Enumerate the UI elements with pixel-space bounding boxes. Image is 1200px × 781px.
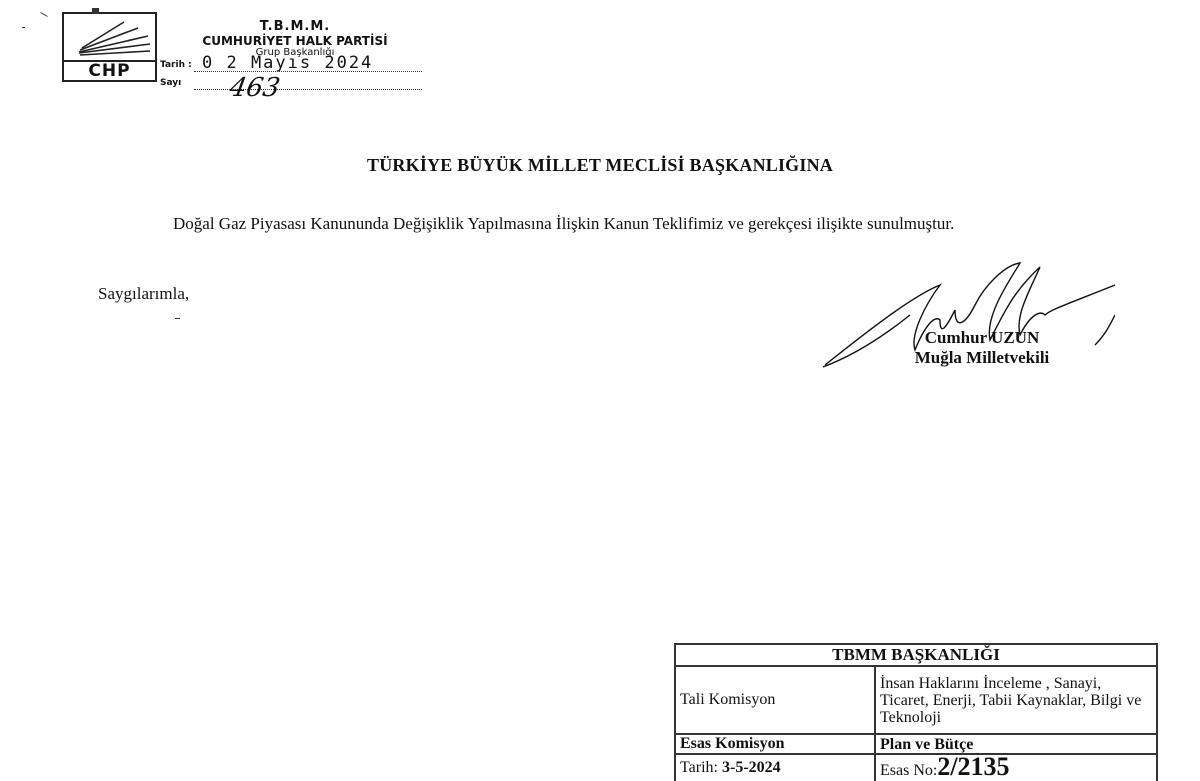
signatory-name: Cumhur UZUN [862,328,1102,348]
closing-text: Saygılarımla, [98,284,189,304]
signatory-block: Cumhur UZUN Muğla Milletvekili [862,328,1102,368]
stamp-line1: T.B.M.M. [160,20,430,34]
tali-komisyon-value: İnsan Haklarını İnceleme , Sanayi, Ticar… [875,666,1157,734]
document-heading: TÜRKİYE BÜYÜK MİLLET MECLİSİ BAŞKANLIĞIN… [0,155,1200,176]
esas-no: Esas No:2/2135 [875,754,1157,781]
rays-icon [64,14,155,62]
chp-logo: CHP [62,12,157,82]
stamp-date-label: Tarih : [160,60,194,70]
stamp-date-value: 0 2 Mayıs 2024 [202,53,373,73]
registry-date-label: Tarih: [680,759,722,776]
esas-no-value: 2/2135 [937,752,1009,781]
scan-speck [175,318,180,319]
stamp-number-label: Sayı [160,78,194,88]
esas-komisyon-label: Esas Komisyon [675,734,875,754]
registry-header: TBMM BAŞKANLIĞI [675,644,1157,666]
registry-date: Tarih: 3-5-2024 [675,754,875,781]
stamp-line2: CUMHURİYET HALK PARTİSİ [160,34,430,48]
esas-no-label: Esas No: [880,762,937,779]
scan-speck [92,8,99,14]
stamp-number-value: 463 [227,73,282,103]
scan-speck [22,27,25,28]
registry-date-value: 3-5-2024 [722,759,781,776]
registry-table: TBMM BAŞKANLIĞI Tali Komisyon İnsan Hakl… [674,643,1158,781]
stamp-number-row: Sayı [160,78,422,92]
tali-komisyon-label: Tali Komisyon [675,666,875,734]
paragraph-text: Doğal Gaz Piyasası Kanununda Değişiklik … [173,214,954,233]
chp-logo-text: CHP [64,62,155,80]
document-paragraph: Doğal Gaz Piyasası Kanununda Değişiklik … [98,214,1098,234]
signatory-title: Muğla Milletvekili [862,348,1102,368]
esas-komisyon-value: Plan ve Bütçe [875,734,1157,754]
scan-speck [40,12,47,17]
